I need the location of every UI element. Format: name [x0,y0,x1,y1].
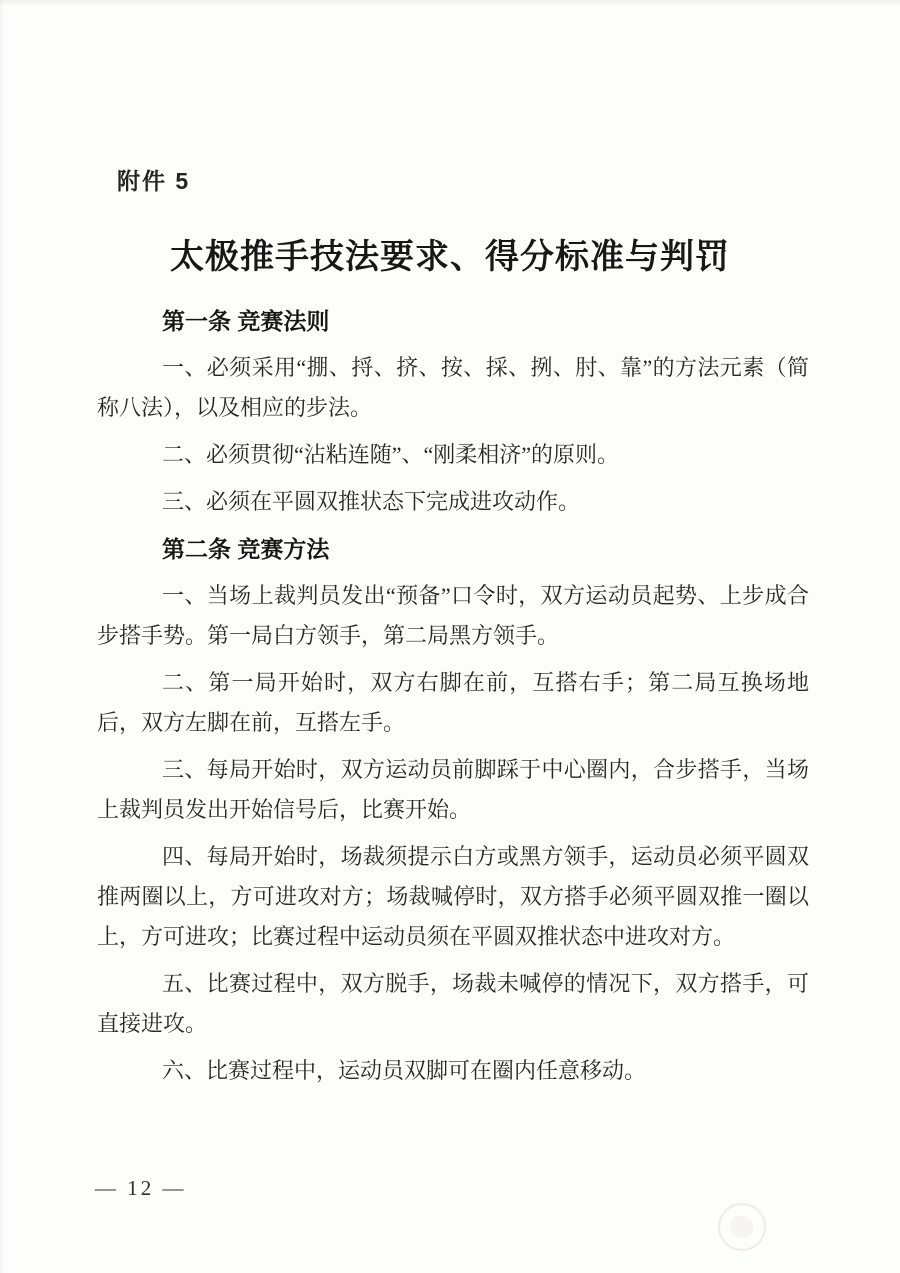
section-heading-article-2: 第二条 竞赛方法 [97,529,809,569]
article-1-item-1: 一、必须采用“掤、捋、挤、按、採、挒、肘、靠”的方法元素（简称八法），以及相应的… [97,348,809,428]
article-2-item-4: 四、每局开始时，场裁须提示白方或黑方领手，运动员必须平圆双推两圈以上，方可进攻对… [97,837,809,957]
document-title: 太极推手技法要求、得分标准与判罚 [0,229,900,278]
scanned-document-page: 附件 5 太极推手技法要求、得分标准与判罚 第一条 竞赛法则 一、必须采用“掤、… [0,0,900,1273]
article-2-item-2: 二、第一局开始时，双方右脚在前，互搭右手；第二局互换场地后，双方左脚在前，互搭左… [97,663,809,743]
page-number: — 12 — [95,1176,187,1201]
attachment-label: 附件 5 [117,163,190,196]
article-2-item-3: 三、每局开始时，双方运动员前脚踩于中心圈内，合步搭手，当场上裁判员发出开始信号后… [97,750,809,830]
scan-artifact-top-edge [0,0,900,6]
article-2-item-1: 一、当场上裁判员发出“预备”口令时，双方运动员起势、上步成合步搭手势。第一局白方… [97,576,809,656]
article-1-item-3: 三、必须在平圆双推状态下完成进攻动作。 [97,482,809,522]
document-body: 第一条 竞赛法则 一、必须采用“掤、捋、挤、按、採、挒、肘、靠”的方法元素（简称… [97,301,809,1098]
article-1-item-2: 二、必须贯彻“沾粘连随”、“刚柔相济”的原则。 [97,435,809,475]
section-heading-article-1: 第一条 竞赛法则 [97,301,809,341]
faint-stamp-watermark [718,1203,766,1251]
article-2-item-6: 六、比赛过程中，运动员双脚可在圈内任意移动。 [97,1051,809,1091]
scan-artifact-left-edge [0,0,5,1273]
article-2-item-5: 五、比赛过程中，双方脱手，场裁未喊停的情况下，双方搭手，可直接进攻。 [97,964,809,1044]
